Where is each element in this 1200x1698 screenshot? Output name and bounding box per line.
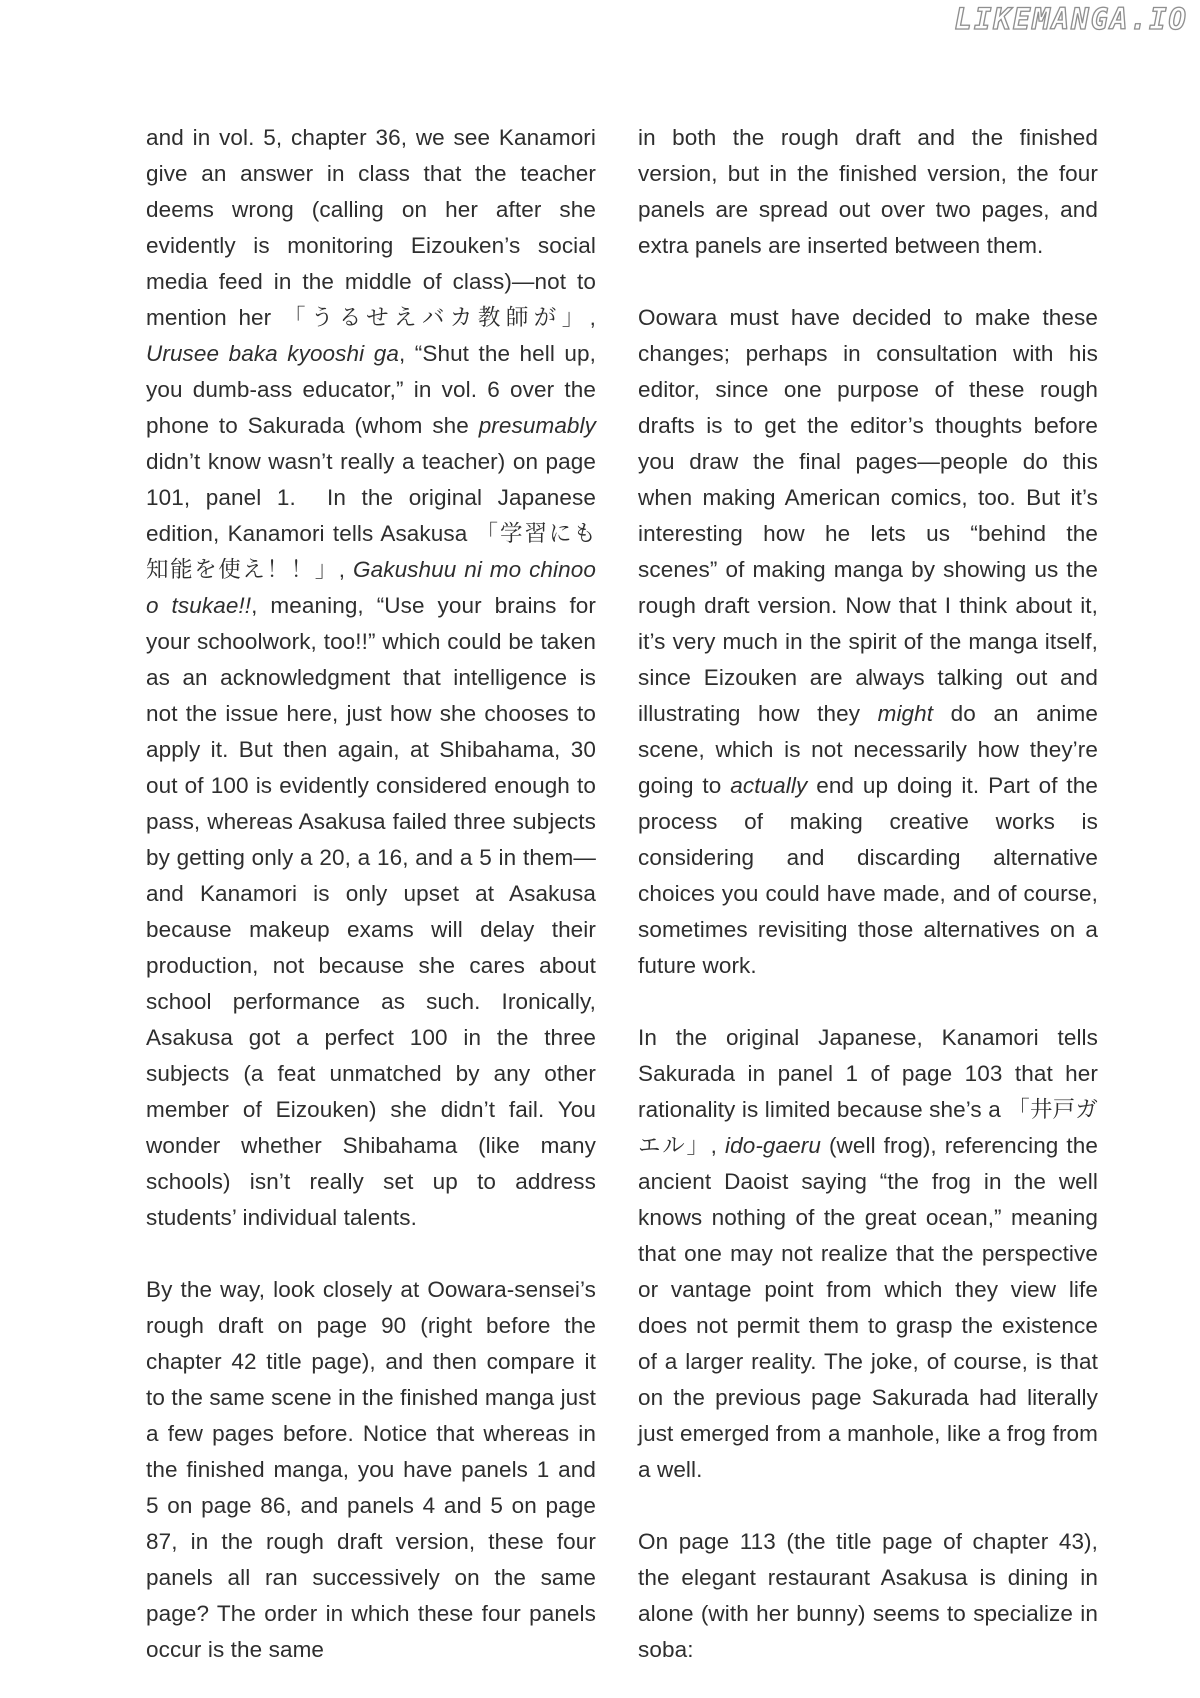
paragraph: In the original Japanese, Kanamori tells…	[638, 1020, 1098, 1488]
paragraph: and in vol. 5, chapter 36, we see Kanamo…	[146, 120, 596, 1236]
text-columns: and in vol. 5, chapter 36, we see Kanamo…	[0, 0, 1200, 1668]
paragraph: in both the rough draft and the finished…	[638, 120, 1098, 264]
watermark: LIKEMANGA.IO	[954, 2, 1188, 36]
paragraph: Oowara must have decided to make these c…	[638, 300, 1098, 984]
right-column: in both the rough draft and the finished…	[638, 120, 1098, 1668]
paragraph: By the way, look closely at Oowara-sense…	[146, 1272, 596, 1668]
document-page: LIKEMANGA.IO and in vol. 5, chapter 36, …	[0, 0, 1200, 1668]
left-column: and in vol. 5, chapter 36, we see Kanamo…	[146, 120, 596, 1668]
paragraph: On page 113 (the title page of chapter 4…	[638, 1524, 1098, 1668]
